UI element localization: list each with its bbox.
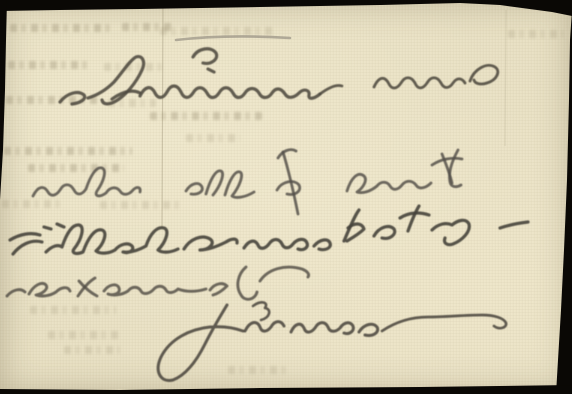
scanner-edge-left: [0, 0, 7, 200]
graphite-smudge-line: [176, 36, 290, 40]
handwriting-signature-strokes: [158, 302, 506, 380]
scanner-edge-top: [0, 0, 572, 16]
handwriting-line-3-strokes: [10, 206, 528, 254]
scanned-note-page: Nämme mees nende all ju Vas t Tõlbsab & …: [0, 0, 572, 394]
scanner-edge-shadows: [0, 0, 572, 394]
scanner-edge-right: [556, 10, 572, 394]
handwriting-line-2-strokes: [33, 150, 462, 214]
handwriting-layer: [0, 0, 572, 394]
handwriting-line-4-strokes: [7, 267, 309, 299]
handwriting-line-1-strokes: [60, 49, 498, 104]
scanner-edge-bottom: [0, 385, 572, 394]
